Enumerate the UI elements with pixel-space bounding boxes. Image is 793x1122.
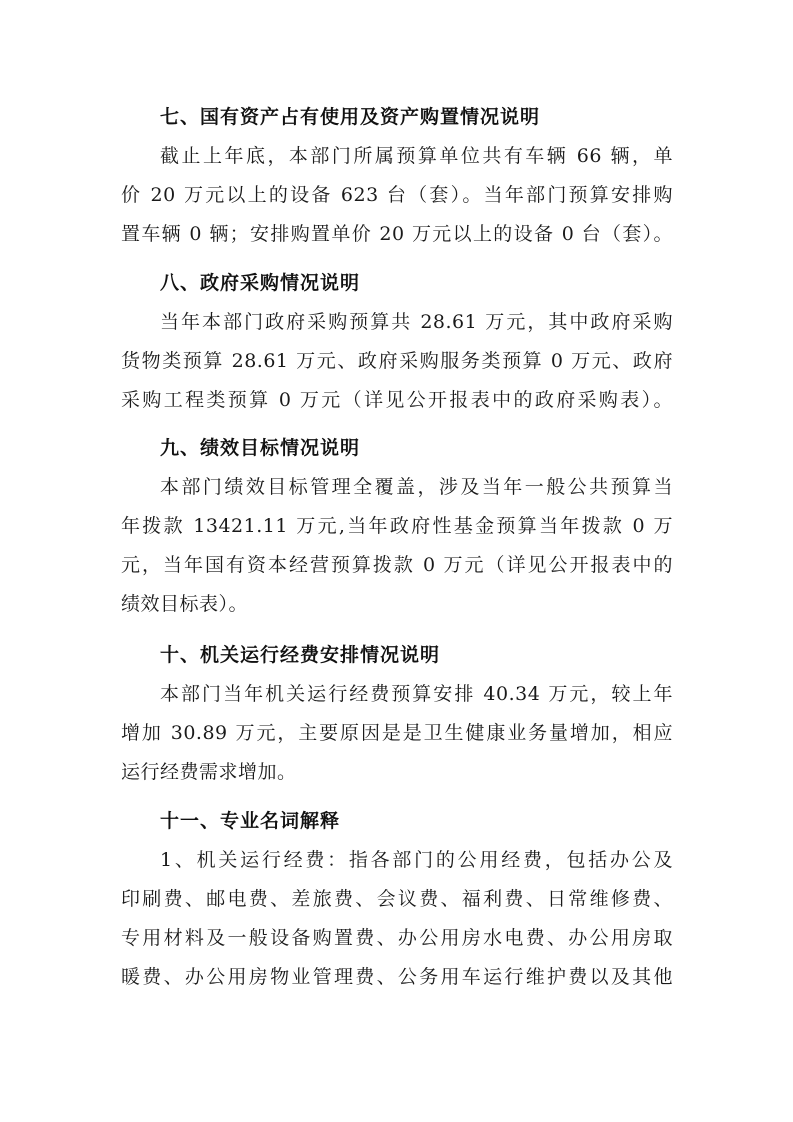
section-heading-procurement: 八、政府采购情况说明 bbox=[160, 268, 360, 298]
section-heading-operating-funds: 十、机关运行经费安排情况说明 bbox=[160, 640, 440, 670]
paragraph-line: 1、机关运行经费：指各部门的公用经费，包括办公及 bbox=[160, 845, 673, 875]
paragraph-line: 增加 30.89 万元，主要原因是是卫生健康业务量增加，相应 bbox=[121, 718, 673, 748]
document-page: 七、国有资产占有使用及资产购置情况说明 截止上年底，本部门所属预算单位共有车辆 … bbox=[0, 0, 793, 1122]
paragraph-line: 本部门绩效目标管理全覆盖，涉及当年一般公共预算当 bbox=[160, 472, 673, 502]
paragraph-line: 截止上年底，本部门所属预算单位共有车辆 66 辆，单 bbox=[160, 141, 673, 171]
paragraph-line: 暖费、办公用房物业管理费、公务用车运行维护费以及其他 bbox=[121, 962, 673, 992]
section-heading-performance: 九、绩效目标情况说明 bbox=[160, 433, 360, 463]
paragraph-line: 置车辆 0 辆；安排购置单价 20 万元以上的设备 0 台（套）。 bbox=[121, 219, 673, 249]
paragraph-line: 货物类预算 28.61 万元、政府采购服务类预算 0 万元、政府 bbox=[121, 346, 673, 376]
paragraph-line: 印刷费、邮电费、差旅费、会议费、福利费、日常维修费、 bbox=[121, 884, 673, 914]
paragraph-line: 运行经费需求增加。 bbox=[121, 757, 673, 787]
paragraph-line: 采购工程类预算 0 万元（详见公开报表中的政府采购表）。 bbox=[121, 385, 673, 415]
section-heading-glossary: 十一、专业名词解释 bbox=[160, 806, 340, 836]
paragraph-line: 元，当年国有资本经营预算拨款 0 万元（详见公开报表中的 bbox=[121, 550, 673, 580]
paragraph-line: 专用材料及一般设备购置费、办公用房水电费、办公用房取 bbox=[121, 923, 673, 953]
paragraph-line: 当年本部门政府采购预算共 28.61 万元，其中政府采购 bbox=[160, 307, 673, 337]
paragraph-line: 价 20 万元以上的设备 623 台（套）。当年部门预算安排购 bbox=[121, 180, 673, 210]
paragraph-line: 绩效目标表）。 bbox=[121, 589, 673, 619]
section-heading-assets: 七、国有资产占有使用及资产购置情况说明 bbox=[160, 102, 540, 132]
paragraph-line: 年拨款 13421.11 万元,当年政府性基金预算当年拨款 0 万 bbox=[121, 511, 673, 541]
paragraph-line: 本部门当年机关运行经费预算安排 40.34 万元，较上年 bbox=[160, 679, 673, 709]
